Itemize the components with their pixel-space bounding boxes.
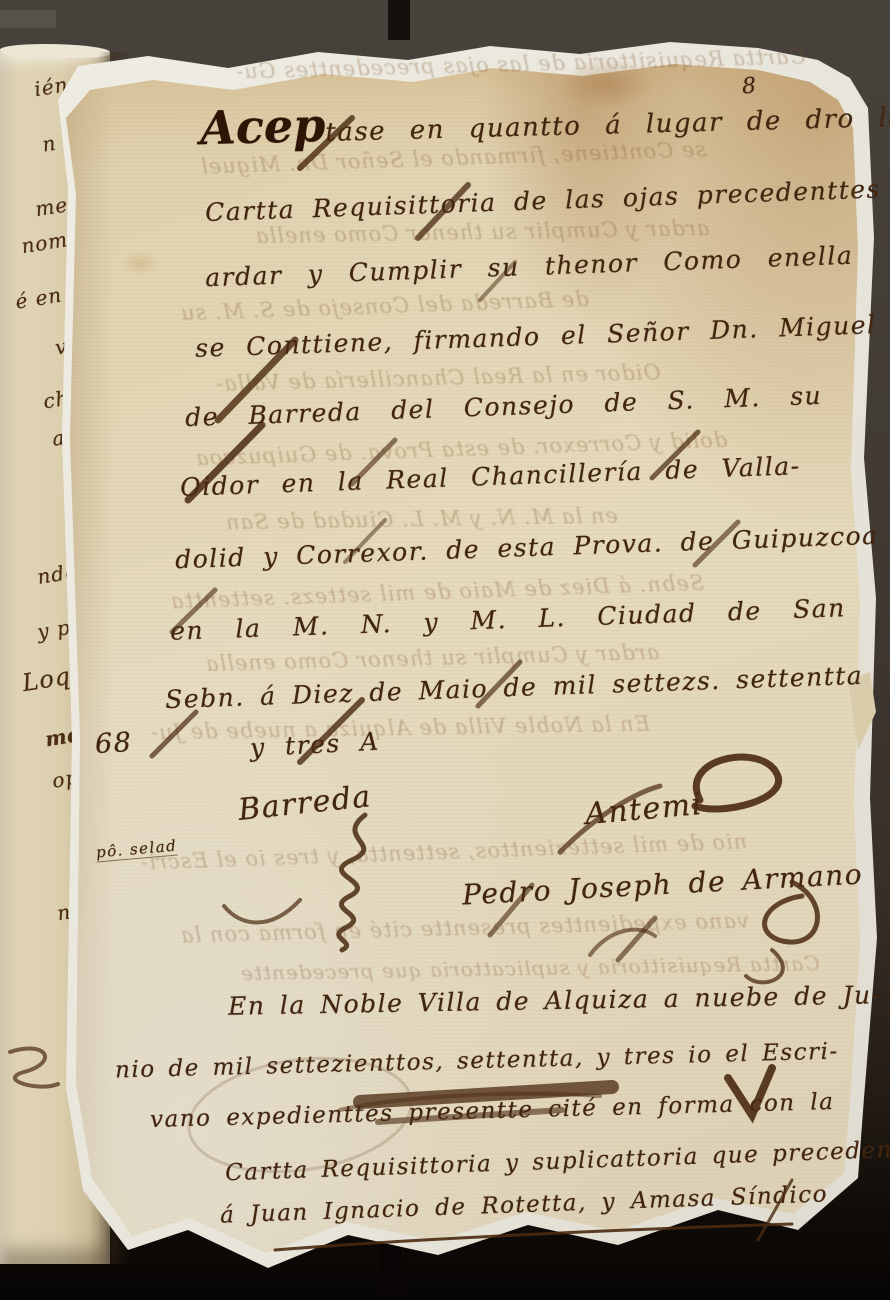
paper-stain [120,250,160,276]
background-gap-bottom [380,1242,402,1300]
paper-stain [560,58,655,110]
margin-number: 68 [94,727,133,760]
background-shelf-edge [0,10,56,28]
manuscript-photo: { "photo": { "folio_number": "8", "descr… [0,0,890,1300]
background-gap-top [388,0,410,40]
decorated-initial: Acep [199,98,326,155]
